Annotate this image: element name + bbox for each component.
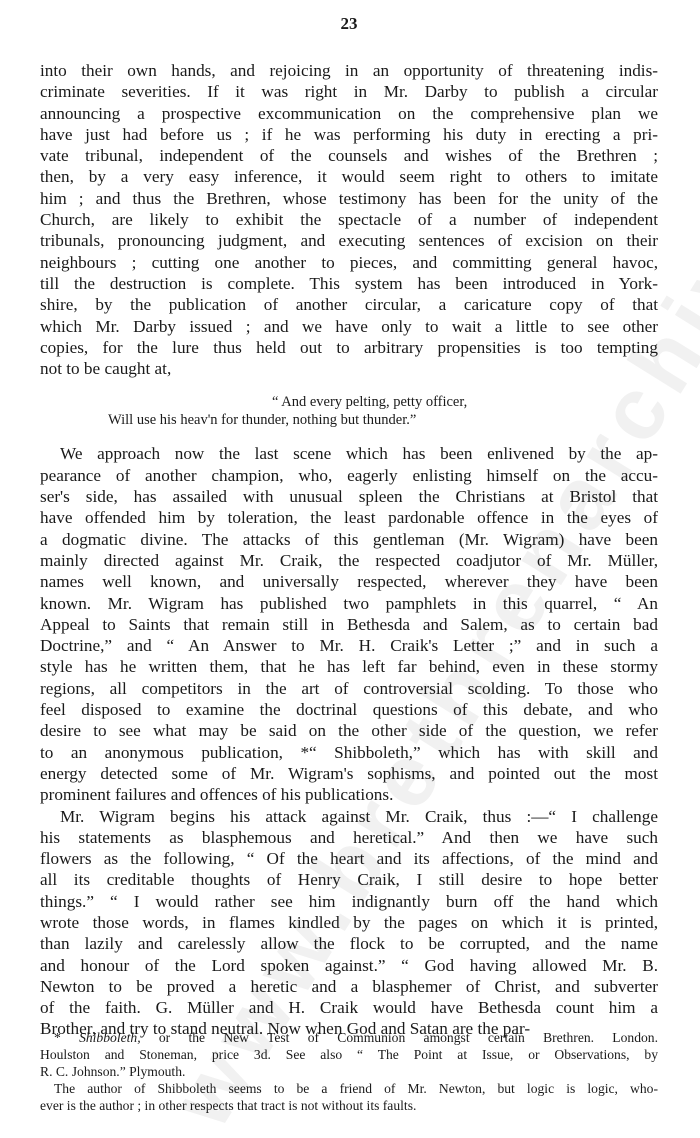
footnote-line-2: Houlston and Stoneman, price 3d. See als…	[40, 1046, 658, 1063]
footnote-line-4: The author of Shibboleth seems to be a f…	[40, 1080, 658, 1097]
text-line: announcing a prospective excommunication…	[40, 103, 658, 124]
text-line: till the destruction is complete. This s…	[40, 273, 658, 294]
body-text: into their own hands, and rejoicing in a…	[40, 60, 658, 1040]
text-line: ser's side, has assailed with unusual sp…	[40, 486, 658, 507]
text-line: tribunals, pronouncing judgment, and exe…	[40, 230, 658, 251]
paragraph-2: We approach now the last scene which has…	[40, 443, 658, 805]
footnote-title: Shibboleth,	[79, 1030, 141, 1045]
paragraph-1: into their own hands, and rejoicing in a…	[40, 60, 658, 379]
text-line: copies, for the lure thus held out to ar…	[40, 337, 658, 358]
text-line: a dogmatic divine. The attacks of this g…	[40, 529, 658, 550]
text-line: and honour of the Lord spoken against.” …	[40, 955, 658, 976]
text-line: which Mr. Darby issued ; and we have onl…	[40, 316, 658, 337]
text-line: pearance of another champion, who, eager…	[40, 465, 658, 486]
text-line: desire to see what may be said on the ot…	[40, 720, 658, 741]
text-line: energy detected some of Mr. Wigram's sop…	[40, 763, 658, 784]
text-line: shire, by the publication of another cir…	[40, 294, 658, 315]
verse-quotation: “ And every pelting, petty officer, Will…	[40, 393, 658, 429]
text-line: criminate severities. If it was right in…	[40, 81, 658, 102]
text-line: prominent failures and offences of his p…	[40, 784, 658, 805]
text-line: things.” “ I would rather see him indign…	[40, 891, 658, 912]
text-line: names well known, and universally respec…	[40, 571, 658, 592]
footnote-marker: *	[54, 1030, 61, 1045]
text-line: have just had before us ; if he was perf…	[40, 124, 658, 145]
text-line: wrote those words, in flames kindled by …	[40, 912, 658, 933]
text-line: vate tribunal, independent of the counse…	[40, 145, 658, 166]
text-line: neighbours ; cutting one another to piec…	[40, 252, 658, 273]
verse-line-2: Will use his heav'n for thunder, nothing…	[40, 411, 658, 429]
text-line: not to be caught at,	[40, 358, 658, 379]
text-line: to an anonymous publication, *“ Shibbole…	[40, 742, 658, 763]
text-line: regions, all competitors in the art of c…	[40, 678, 658, 699]
footnotes: * Shibboleth, or the New Test of Communi…	[40, 1029, 658, 1114]
text-line: Doctrine,” and “ An Answer to Mr. H. Cra…	[40, 635, 658, 656]
text-line: feel disposed to examine the doctrinal q…	[40, 699, 658, 720]
footnote-line-3: R. C. Johnson.” Plymouth.	[40, 1063, 658, 1080]
footnote-line-5: ever is the author ; in other respects t…	[40, 1097, 658, 1114]
text-line: Church, are likely to exhibit the specta…	[40, 209, 658, 230]
text-line: Mr. Wigram begins his attack against Mr.…	[40, 806, 658, 827]
document-page: 23 into their own hands, and rejoicing i…	[40, 0, 658, 1040]
text-line: style has he written them, that he has l…	[40, 656, 658, 677]
text-line: into their own hands, and rejoicing in a…	[40, 60, 658, 81]
text-line: Newton to be proved a heretic and a blas…	[40, 976, 658, 997]
text-line: all its creditable thoughts of Henry Cra…	[40, 869, 658, 890]
paragraph-3: Mr. Wigram begins his attack against Mr.…	[40, 806, 658, 1040]
text-line: him ; and thus the Brethren, whose testi…	[40, 188, 658, 209]
footnote-line-1: * Shibboleth, or the New Test of Communi…	[40, 1029, 658, 1046]
text-line: flowers as the following, “ Of the heart…	[40, 848, 658, 869]
text-line: have offended him by toleration, the lea…	[40, 507, 658, 528]
text-line: than lazily and carelessly allow the flo…	[40, 933, 658, 954]
text-line: Appeal to Saints that remain still in Be…	[40, 614, 658, 635]
text-line: We approach now the last scene which has…	[40, 443, 658, 464]
text-line: of the faith. G. Müller and H. Craik wou…	[40, 997, 658, 1018]
text-line: known. Mr. Wigram has published two pamp…	[40, 593, 658, 614]
text-line: his statements as blasphemous and hereti…	[40, 827, 658, 848]
verse-line-1: “ And every pelting, petty officer,	[40, 393, 658, 411]
page-number: 23	[40, 14, 658, 38]
text-line: mainly directed against Mr. Craik, the r…	[40, 550, 658, 571]
text-line: then, by a very easy inference, it would…	[40, 166, 658, 187]
